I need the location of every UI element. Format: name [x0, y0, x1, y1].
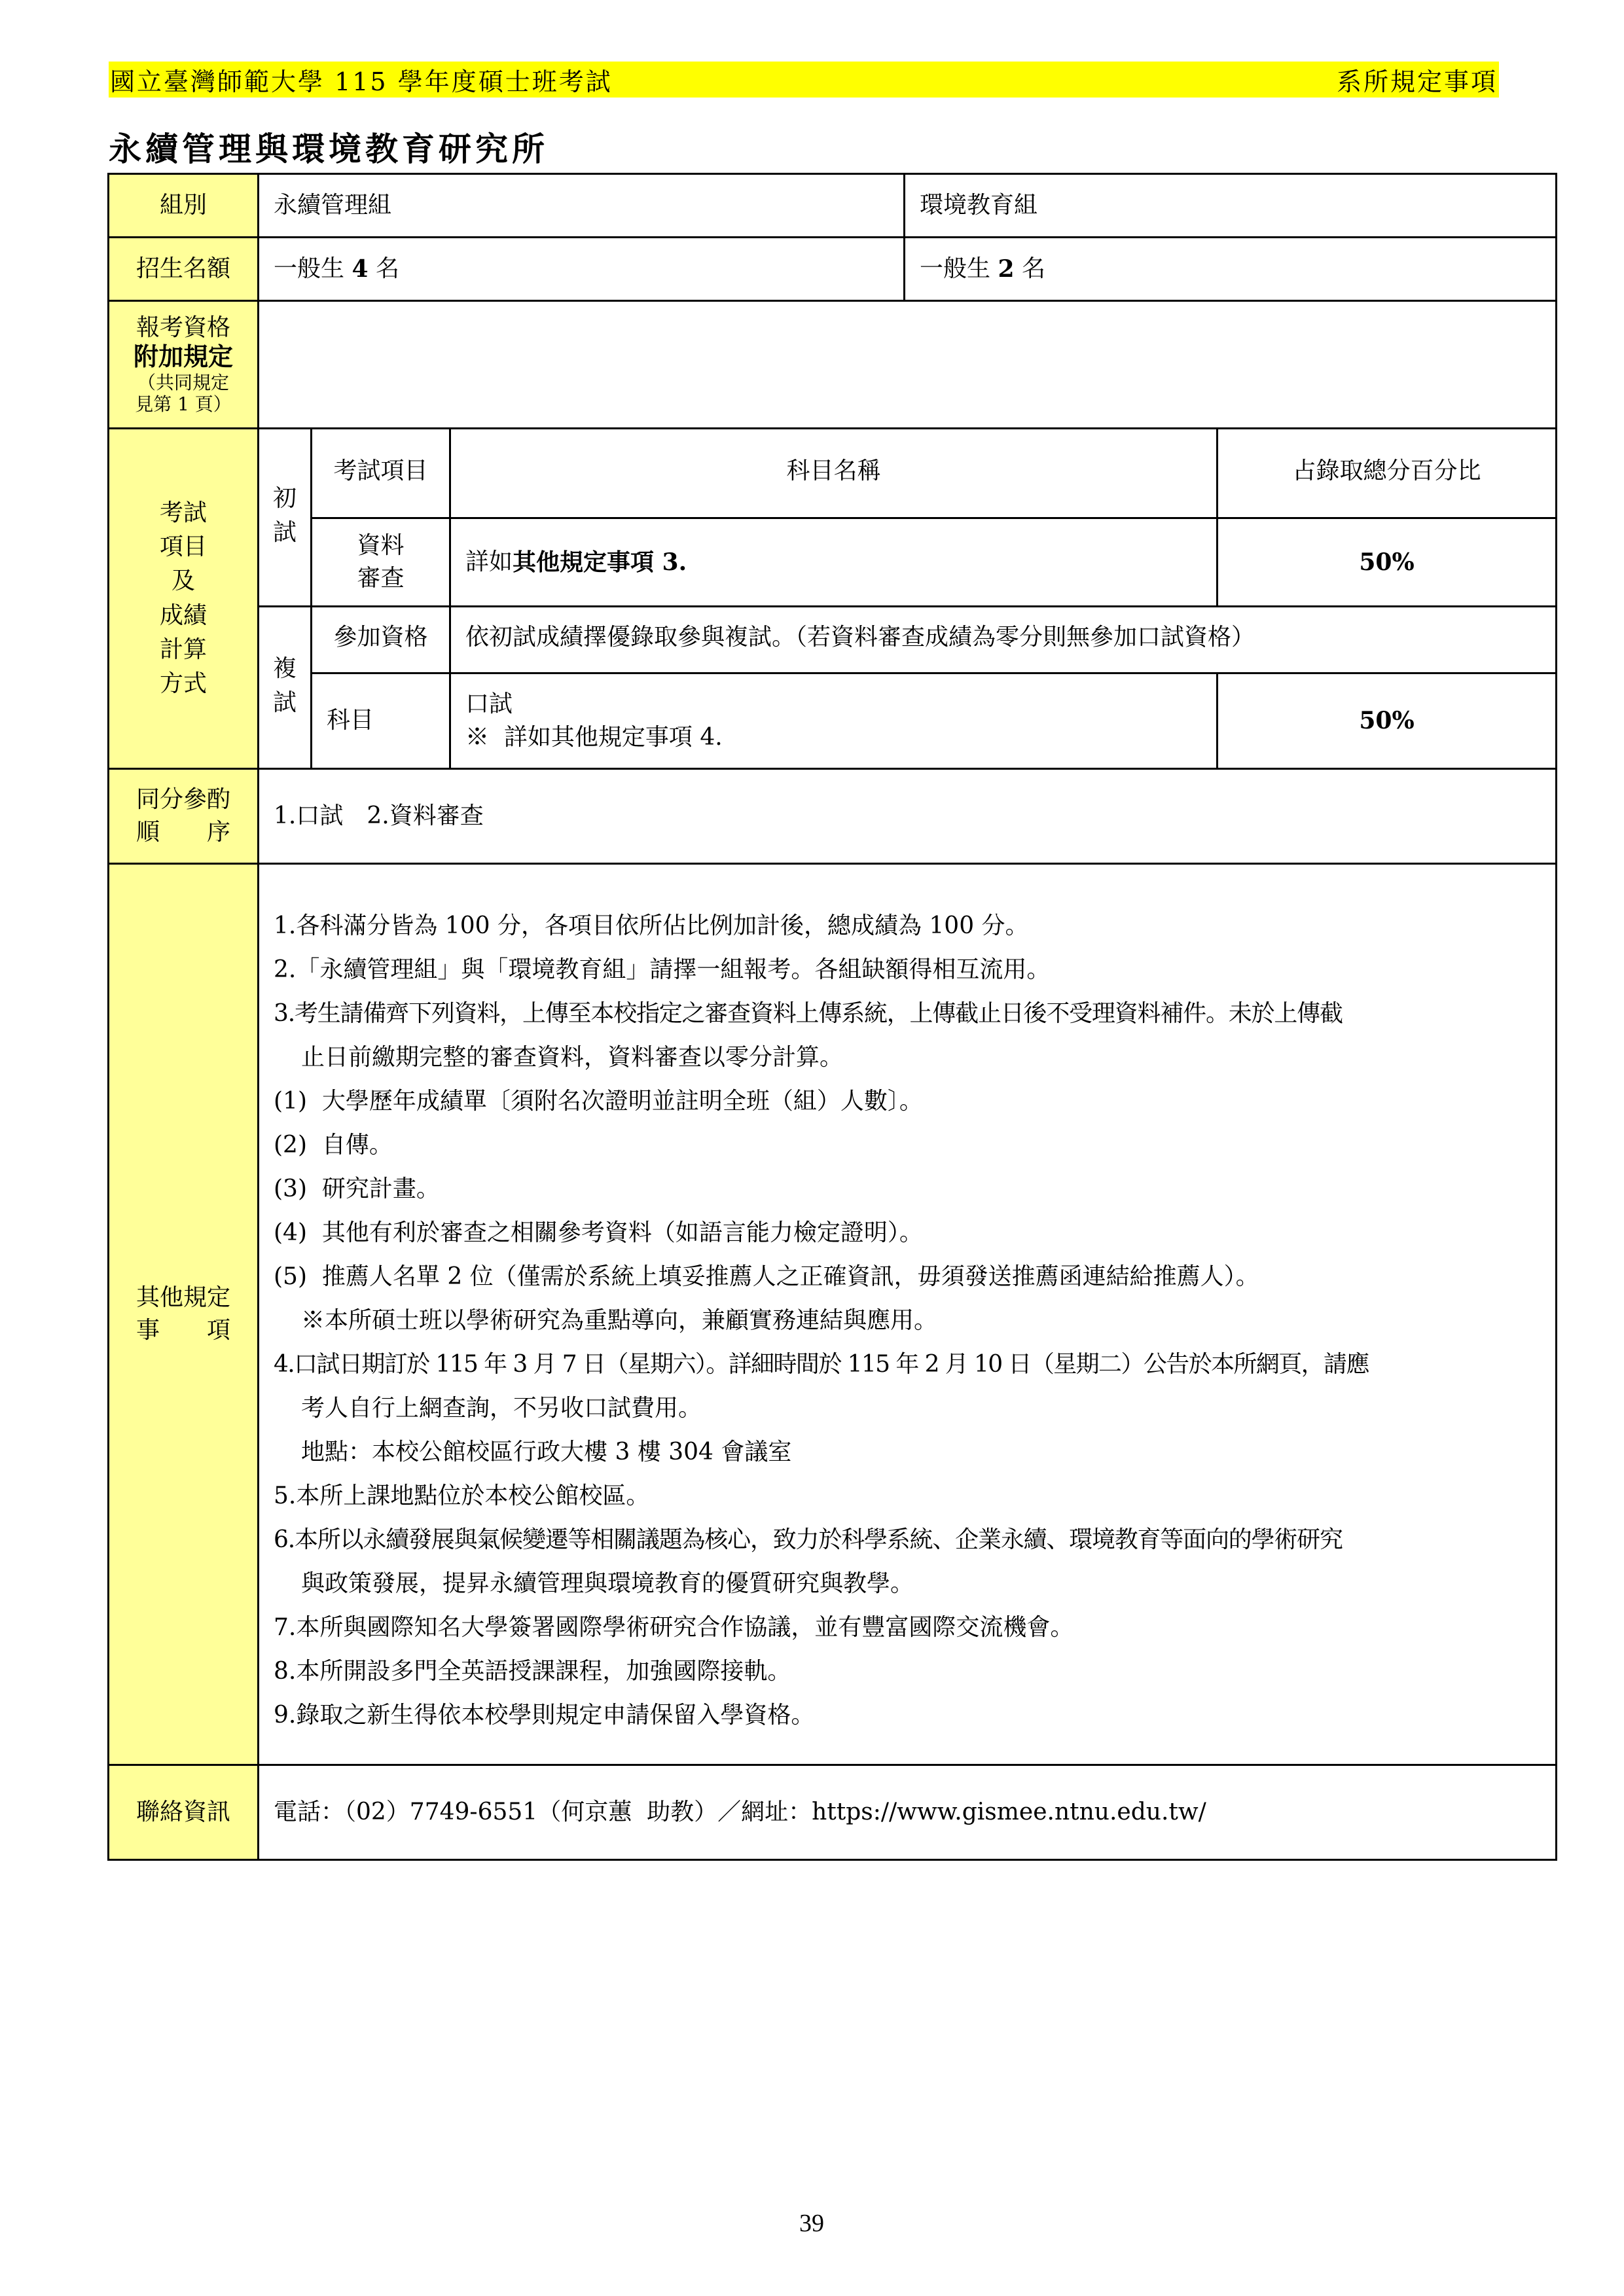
- tiebreak-label: 同分參酌 順 序: [107, 768, 259, 865]
- contact-value: 電話：（02）7749-6551（何京蕙 助教）／網址：https://www.…: [257, 1764, 1557, 1861]
- contact-value-text: 電話：（02）7749-6551（何京蕙 助教）／網址：https://www.…: [274, 1795, 1206, 1829]
- rule-line: (2) 自傳。: [274, 1123, 1541, 1167]
- exam-label-line: 方式: [160, 667, 207, 701]
- exam-item-header: 考試項目: [310, 427, 451, 519]
- weight-header-text: 占錄取總分百分比: [1292, 454, 1481, 488]
- group-label: 組別: [107, 173, 259, 238]
- quota-label-text: 招生名額: [136, 252, 230, 286]
- eligibility-label-note: 見第 1 頁）: [135, 393, 232, 416]
- second-subject-name: 口試 ※ 詳如其他規定事項 4.: [449, 672, 1218, 770]
- second-eligibility-item: 參加資格: [310, 605, 451, 674]
- stage-label-char: 初: [273, 482, 297, 516]
- other-rules-label: 其他規定 事 項: [107, 863, 259, 1766]
- exam-label-line: 項目: [160, 530, 207, 564]
- group-label-text: 組別: [160, 188, 207, 223]
- eligibility-value: [257, 300, 1557, 429]
- document-review-weight: 50%: [1216, 517, 1557, 607]
- quota-suffix: 名: [369, 252, 399, 286]
- quota-suffix: 名: [1015, 252, 1045, 286]
- rule-line: 考人自行上網查詢，不另收口試費用。: [274, 1386, 1541, 1430]
- exam-label-line: 計算: [160, 633, 207, 667]
- rule-line: 止日前繳期完整的審查資料，資料審查以零分計算。: [274, 1035, 1541, 1079]
- page-number: 39: [799, 2209, 824, 2238]
- group-value-sustainability: 永續管理組: [257, 173, 905, 238]
- eligibility-label-note: （共同規定: [137, 372, 229, 394]
- second-subject-weight: 50%: [1216, 672, 1557, 770]
- exam-item-header-text: 考試項目: [333, 454, 427, 488]
- quota-prefix: 一般生: [920, 252, 998, 286]
- rule-line: (3) 研究計畫。: [274, 1167, 1541, 1211]
- exam-label-line: 及: [171, 564, 195, 598]
- second-eligibility-text-value: 依初試成績擇優錄取參與複試。（若資料審查成績為零分則無參加口試資格）: [465, 620, 1255, 655]
- tiebreak-value-text: 1.口試 2.資料審查: [274, 799, 484, 833]
- second-subject-item-text: 科目: [327, 704, 374, 738]
- other-rules-label-line: 其他規定: [136, 1282, 230, 1314]
- group-value-text: 環境教育組: [920, 188, 1038, 223]
- second-subject-item: 科目: [310, 672, 451, 770]
- weight-header: 占錄取總分百分比: [1216, 427, 1557, 519]
- group-value-text: 永續管理組: [274, 188, 391, 223]
- quota-value-sustainability: 一般生 4 名: [257, 236, 905, 302]
- rule-line: 6.本所以永續發展與氣候變遷等相關議題為核心，致力於科學系統、企業永續、環境教育…: [274, 1518, 1541, 1562]
- header-section-title: 系所規定事項: [1335, 62, 1499, 98]
- oral-exam-note: ※ 詳如其他規定事項 4.: [465, 721, 723, 754]
- stage-label-char: 複: [273, 652, 297, 686]
- rule-line: ※本所碩士班以學術研究為重點導向，兼顧實務連結與應用。: [274, 1299, 1541, 1342]
- oral-exam-text: 口試: [465, 688, 513, 721]
- rule-line: 5.本所上課地點位於本校公館校區。: [274, 1474, 1541, 1518]
- subject-reference: 其他規定事項 3.: [513, 545, 687, 579]
- exam-label: 考試 項目 及 成績 計算 方式: [107, 427, 259, 770]
- rule-line: 2.「永續管理組」與「環境教育組」請擇一組報考。各組缺額得相互流用。: [274, 948, 1541, 992]
- quota-value-env-edu: 一般生 2 名: [903, 236, 1557, 302]
- contact-label: 聯絡資訊: [107, 1764, 259, 1861]
- eligibility-label: 報考資格 附加規定 （共同規定 見第 1 頁）: [107, 300, 259, 429]
- rule-line: 1.各科滿分皆為 100 分，各項目依所佔比例加計後，總成績為 100 分。: [274, 904, 1541, 948]
- second-stage-label: 複 試: [257, 605, 312, 770]
- header-bar: 國立臺灣師範大學 115 學年度碩士班考試 系所規定事項: [109, 62, 1499, 98]
- second-eligibility-item-text: 參加資格: [333, 620, 427, 655]
- document-review-item-line: 資料: [357, 529, 404, 562]
- rule-line: 7.本所與國際知名大學簽署國際學術研究合作協議，並有豐富國際交流機會。: [274, 1605, 1541, 1649]
- eligibility-label-bold: 附加規定: [134, 342, 233, 372]
- quota-number: 2: [998, 252, 1014, 286]
- exam-label-line: 考試: [160, 496, 207, 530]
- subject-name-header-text: 科目名稱: [786, 454, 880, 488]
- other-rules-label-line: 事 項: [136, 1314, 230, 1347]
- document-review-item-line: 審查: [357, 562, 404, 595]
- second-subject-weight-text: 50%: [1359, 704, 1414, 738]
- rule-line: 9.錄取之新生得依本校學則規定申請保留入學資格。: [274, 1693, 1541, 1737]
- subject-name-header: 科目名稱: [449, 427, 1218, 519]
- quota-number: 4: [352, 252, 368, 286]
- tiebreak-value: 1.口試 2.資料審查: [257, 768, 1557, 865]
- rule-line: 與政策發展，提昇永續管理與環境教育的優質研究與教學。: [274, 1562, 1541, 1605]
- tiebreak-label-line: 順 序: [136, 816, 230, 849]
- quota-prefix: 一般生: [274, 252, 352, 286]
- contact-label-text: 聯絡資訊: [136, 1795, 230, 1829]
- header-exam-title: 國立臺灣師範大學 115 學年度碩士班考試: [109, 62, 614, 98]
- eligibility-label-line: 報考資格: [136, 314, 230, 342]
- tiebreak-label-line: 同分參酌: [136, 783, 230, 816]
- preliminary-stage-label: 初 試: [257, 427, 312, 607]
- document-review-weight-text: 50%: [1359, 545, 1414, 579]
- rule-line: (1) 大學歷年成績單〔須附名次證明並註明全班（組）人數〕。: [274, 1079, 1541, 1123]
- quota-label: 招生名額: [107, 236, 259, 302]
- exam-label-line: 成績: [160, 599, 207, 633]
- department-title: 永續管理與環境教育研究所: [109, 123, 549, 170]
- rule-line: (4) 其他有利於審查之相關參考資料（如語言能力檢定證明）。: [274, 1211, 1541, 1255]
- stage-label-char: 試: [273, 516, 297, 550]
- document-review-subject: 詳如其他規定事項 3.: [449, 517, 1218, 607]
- subject-prefix: 詳如: [465, 545, 513, 579]
- rule-line: 地點：本校公館校區行政大樓 3 樓 304 會議室: [274, 1430, 1541, 1474]
- other-rules-list: 1.各科滿分皆為 100 分，各項目依所佔比例加計後，總成績為 100 分。 2…: [257, 863, 1557, 1766]
- rule-line: 3.考生請備齊下列資料，上傳至本校指定之審查資料上傳系統，上傳截止日後不受理資料…: [274, 992, 1541, 1035]
- document-review-item: 資料 審查: [310, 517, 451, 607]
- group-value-env-edu: 環境教育組: [903, 173, 1557, 238]
- rule-line: 4.口試日期訂於 115 年 3 月 7 日（星期六）。詳細時間於 115 年 …: [274, 1342, 1541, 1386]
- rule-line: 8.本所開設多門全英語授課課程，加強國際接軌。: [274, 1649, 1541, 1693]
- stage-label-char: 試: [273, 686, 297, 720]
- second-eligibility-text: 依初試成績擇優錄取參與複試。（若資料審查成績為零分則無參加口試資格）: [449, 605, 1557, 674]
- rule-line: (5) 推薦人名單 2 位（僅需於系統上填妥推薦人之正確資訊，毋須發送推薦函連結…: [274, 1255, 1541, 1299]
